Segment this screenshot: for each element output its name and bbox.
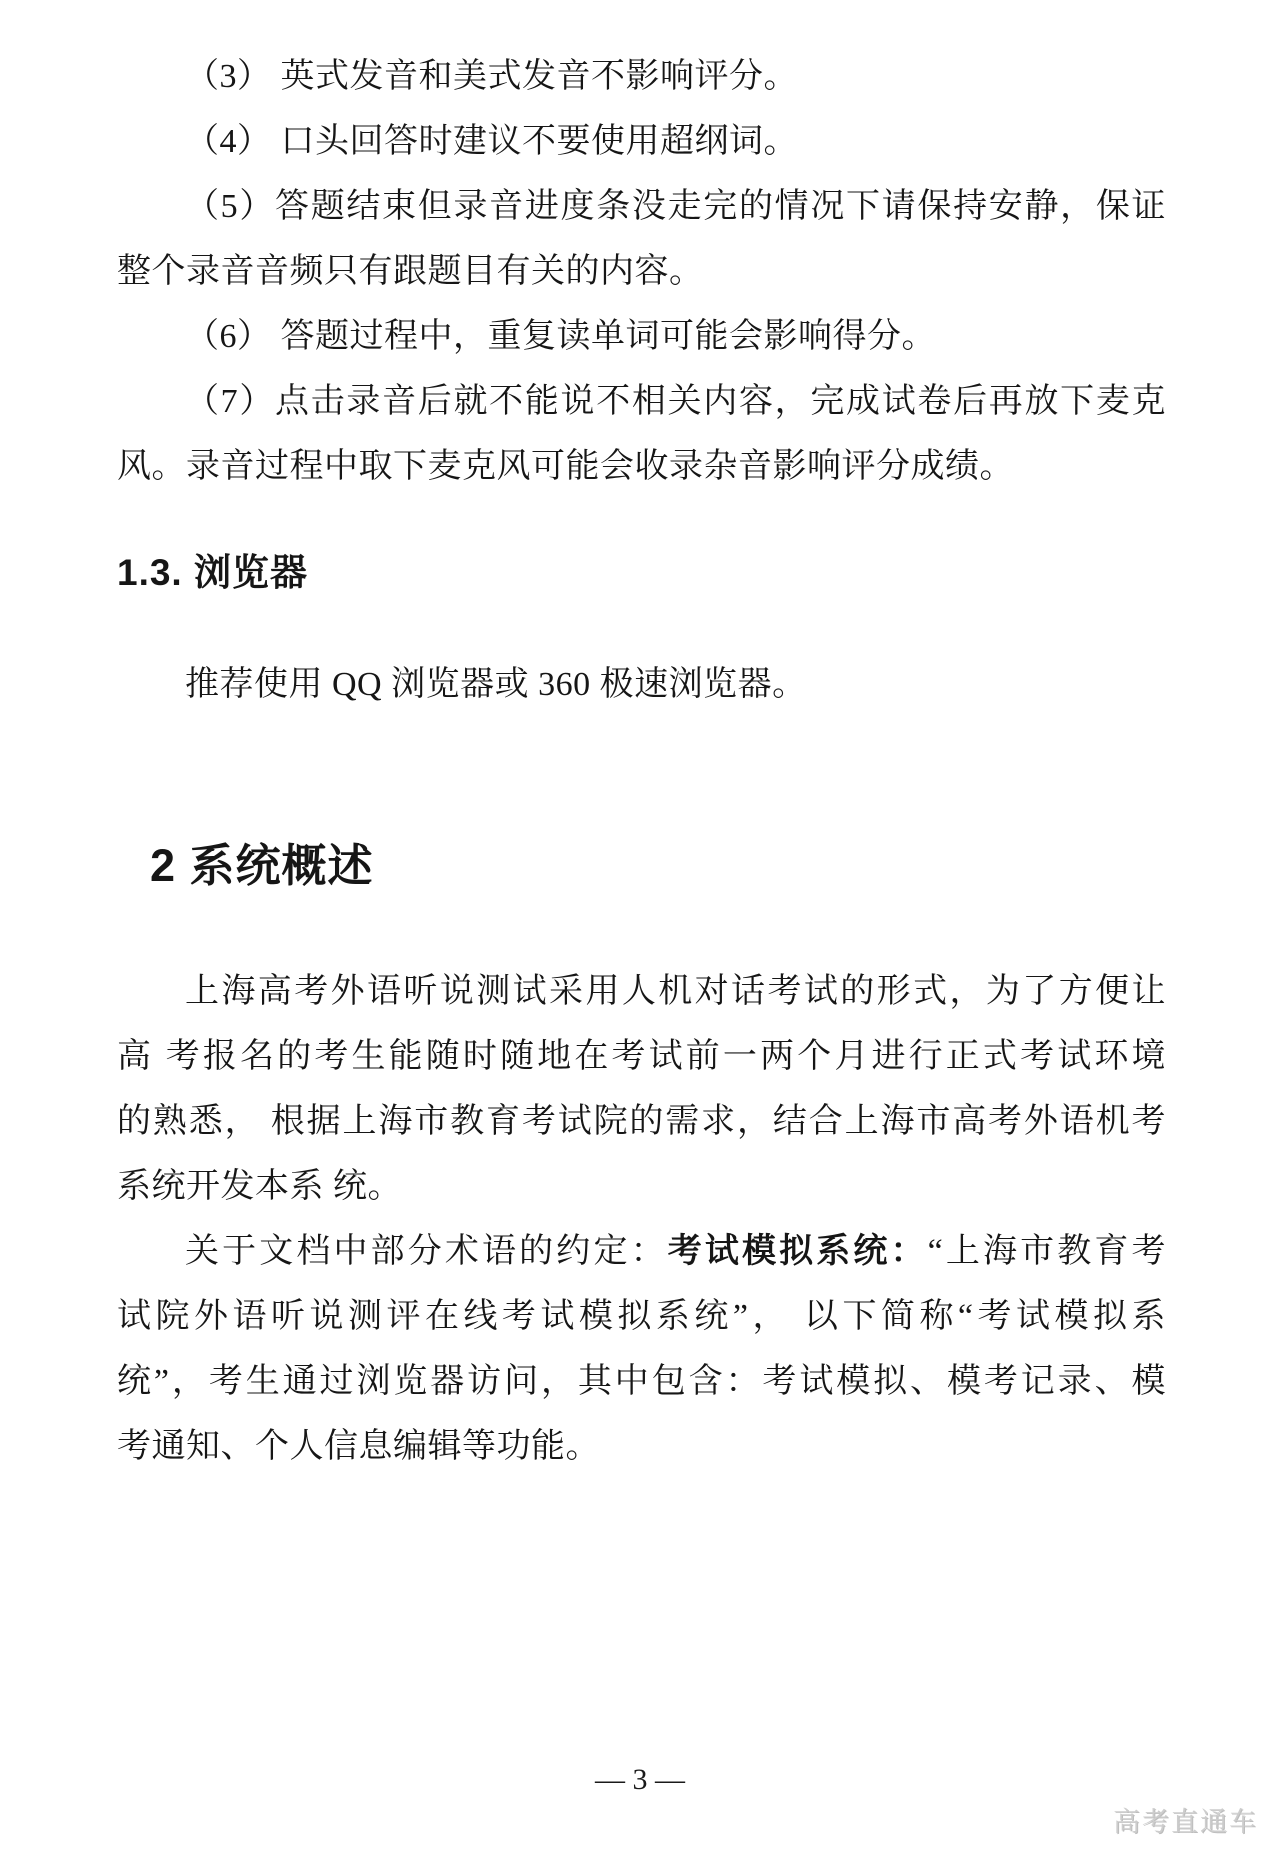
watermark-gaokao-zhitongche: 高考直通车: [1113, 1806, 1258, 1838]
text-column: （3） 英式发音和美式发音不影响评分。 （4） 口头回答时建议不要使用超纲词。 …: [117, 0, 1166, 1479]
overview-paragraph-2-line-2: 试院外语听说测评在线考试模拟系统”， 以下简称“考试模拟系: [117, 1284, 1166, 1349]
browser-recommendation-text: 推荐使用 QQ 浏览器或 360 极速浏览器。: [117, 652, 1166, 717]
section-heading-1-3-browser: 1.3. 浏览器: [117, 551, 1166, 595]
paragraph-2-suffix-text: “上海市教育考: [928, 1233, 1166, 1270]
overview-paragraph-1-line-2: 高 考报名的考生能随时随地在考试前一两个月进行正式考试环境: [117, 1024, 1166, 1089]
note-item-7-line-1: （7）点击录音后就不能说不相关内容，完成试卷后再放下麦克: [117, 369, 1166, 434]
note-item-3: （3） 英式发音和美式发音不影响评分。: [117, 44, 1166, 109]
overview-paragraph-1-line-1: 上海高考外语听说测试采用人机对话考试的形式，为了方便让: [117, 959, 1166, 1024]
note-item-4: （4） 口头回答时建议不要使用超纲词。: [117, 109, 1166, 174]
note-item-5-line-2: 整个录音音频只有跟题目有关的内容。: [117, 239, 1166, 304]
section-heading-2-system-overview: 2 系统概述: [150, 841, 1166, 891]
overview-paragraph-2-line-1: 关于文档中部分术语的约定：考试模拟系统：“上海市教育考: [117, 1219, 1166, 1284]
term-exam-simulation-system-bold: 考试模拟系统：: [668, 1232, 928, 1270]
note-item-5-line-1: （5）答题结束但录音进度条没走完的情况下请保持安静，保证: [117, 174, 1166, 239]
document-page: （3） 英式发音和美式发音不影响评分。 （4） 口头回答时建议不要使用超纲词。 …: [0, 0, 1280, 1865]
overview-paragraph-1-line-3: 的熟悉， 根据上海市教育考试院的需求，结合上海市高考外语机考: [117, 1089, 1166, 1154]
note-item-7-line-2: 风。录音过程中取下麦克风可能会收录杂音影响评分成绩。: [117, 434, 1166, 499]
overview-paragraph-1-line-4: 系统开发本系 统。: [117, 1154, 1166, 1219]
page-number: — 3 —: [0, 1762, 1280, 1798]
overview-paragraph-2-line-3: 统”，考生通过浏览器访问，其中包含：考试模拟、模考记录、模: [117, 1349, 1166, 1414]
note-item-6: （6） 答题过程中，重复读单词可能会影响得分。: [117, 304, 1166, 369]
paragraph-2-prefix-text: 关于文档中部分术语的约定：: [185, 1233, 668, 1270]
overview-paragraph-2-line-4: 考通知、个人信息编辑等功能。: [117, 1414, 1166, 1479]
